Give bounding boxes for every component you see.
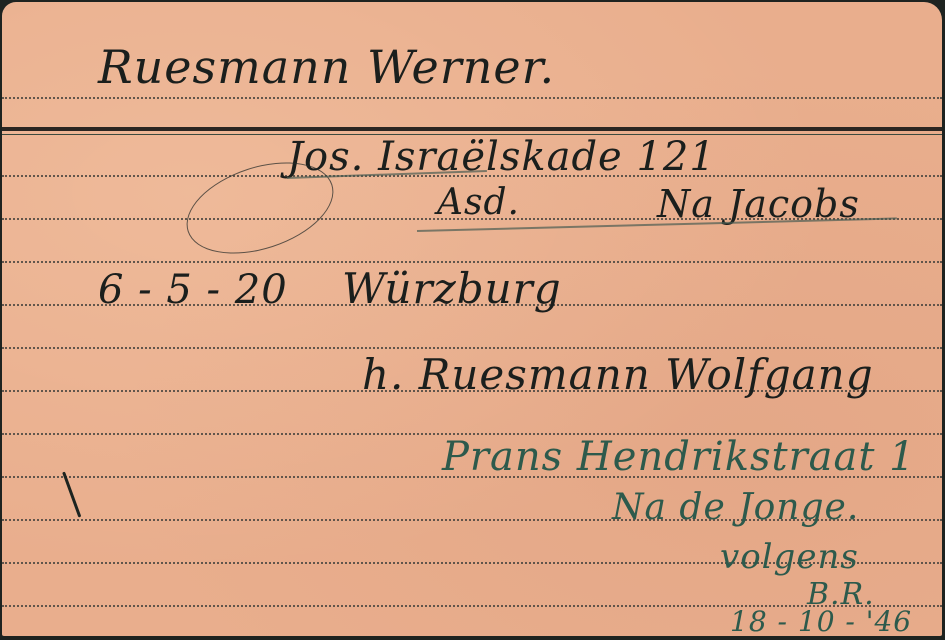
left-margin-tick-mark (62, 471, 81, 517)
dotted-rule (2, 347, 942, 349)
dotted-rule (2, 261, 942, 263)
note-green-1: Na de Jonge. (612, 487, 859, 528)
note-green-date: 18 - 10 - '46 (730, 605, 912, 636)
header-name: Ruesmann Werner. (98, 40, 555, 94)
dotted-rule (2, 97, 942, 99)
birth-place: Würzburg (342, 264, 562, 313)
note-green-2: volgens (720, 537, 859, 577)
relative-address: Prans Hendrikstraat 1 (442, 434, 916, 480)
address-line-2-city: Asd. (437, 182, 520, 223)
relative-name: h. Ruesmann Wolfgang (362, 350, 874, 399)
header-thick-rule (2, 127, 942, 131)
index-card: Ruesmann Werner. Jos. Israëlskade 121 As… (2, 2, 942, 636)
address-line-1: Jos. Israëlskade 121 (287, 134, 716, 180)
birth-date: 6 - 5 - 20 (98, 267, 288, 313)
